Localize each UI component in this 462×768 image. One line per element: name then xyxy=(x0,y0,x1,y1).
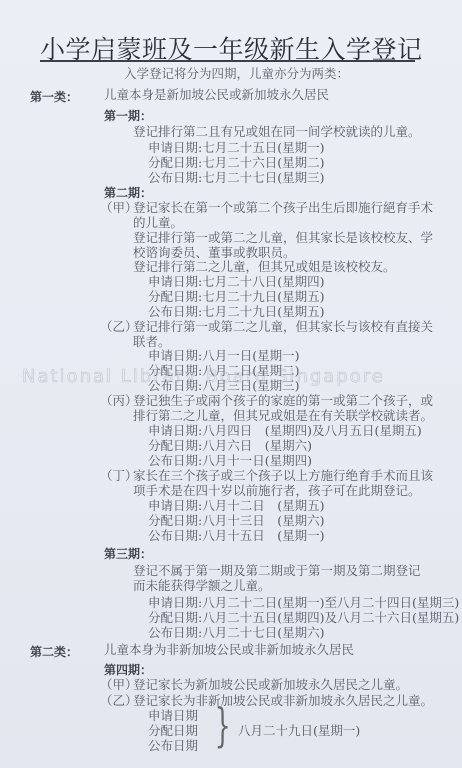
curly-brace-icon: } xyxy=(215,702,231,748)
category2-description: 儿童本身为非新加坡公民或非新加坡永久居民 xyxy=(104,642,354,657)
phase2-bing-allocate-date: 分配日期:八月六日 (星期六) xyxy=(148,438,312,453)
phase1-label: 第一期： xyxy=(104,107,152,124)
phase2-jia-line: 登记排行第一或第二之儿童，但其家长是该校校友、学 xyxy=(133,230,433,245)
phase2-yi-line: 联者。 xyxy=(133,334,171,349)
phase4-apply-label: 申请日期 xyxy=(148,708,198,723)
phase2-bing-line: 登记独生子或兩个孩子的家庭的第一或第二个孩子，或 xyxy=(133,393,433,408)
phase2-label: 第二期： xyxy=(104,184,152,201)
phase2-bing-marker: （丙） xyxy=(100,393,138,408)
phase2-jia-announce-date: 公布日期:七月二十九日(星期五) xyxy=(148,304,324,319)
phase2-bing-apply-date: 申请日期:八月四日 (星期四)及八月五日(星期五) xyxy=(148,423,422,438)
phase4-allocate-label: 分配日期 xyxy=(148,723,198,738)
phase2-ding-line: 家长在三个孩子或三个孩子以上方施行绝育手术而且该 xyxy=(133,468,433,483)
phase2-yi-announce-date: 公布日期:八月三日(星期三) xyxy=(148,378,299,393)
phase2-jia-line: 登记排行第二之儿童，但其兄或姐是该校校友。 xyxy=(133,259,396,274)
phase2-ding-announce-date: 公布日期:八月十五日 (星期一) xyxy=(148,528,324,543)
phase1-allocate-date: 分配日期:七月二十六日(星期二) xyxy=(148,155,324,170)
phase2-jia-marker: （甲） xyxy=(100,200,138,215)
title-underline xyxy=(40,60,415,62)
phase4-yi-text: 登记家长为非新加坡公民或非新加坡永久居民之儿童。 xyxy=(133,693,433,708)
phase2-ding-line: 项手术是在四十岁以前施行者，孩子可在此期登记。 xyxy=(133,483,421,498)
phase2-yi-marker: （乙） xyxy=(100,319,138,334)
phase2-jia-apply-date: 申请日期:七月二十八日(星期四) xyxy=(148,274,324,289)
phase2-jia-line: 校谘询委员、董事或教职员。 xyxy=(133,245,296,260)
phase1-announce-date: 公布日期:七月二十七日(星期三) xyxy=(148,170,324,185)
category1-label: 第一类： xyxy=(30,88,78,105)
category2-label: 第二类： xyxy=(30,643,78,660)
phase3-label: 第三期： xyxy=(104,545,152,562)
phase2-yi-allocate-date: 分配日期:八月二日(星期二) xyxy=(148,363,299,378)
phase4-jia-text: 登记家长为新加坡公民或新加坡永久居民之儿童。 xyxy=(133,677,408,692)
phase3-announce-date: 公布日期:八月二十七日(星期六) xyxy=(148,625,324,640)
phase3-apply-date: 申请日期:八月二十二日(星期一)至八月二十四日(星期三) xyxy=(148,595,459,610)
phase4-jia-marker: （甲） xyxy=(100,677,138,692)
intro-text: 入学登记将分为四期，儿童亦分为两类： xyxy=(124,66,349,81)
phase3-allocate-date: 分配日期:八月二十五日(星期四)及八月二十六日(星期五) xyxy=(148,610,459,625)
phase3-line: 登记不属于第一期及第二期或于第一期及第二期登记 xyxy=(133,563,421,578)
phase4-shared-date: 八月二十九日(星期一) xyxy=(238,723,360,738)
phase4-label: 第四期： xyxy=(104,661,152,678)
phase2-ding-apply-date: 申请日期:八月十二日 (星期五) xyxy=(148,498,324,513)
phase4-announce-label: 公布日期 xyxy=(148,738,198,753)
phase2-yi-line: 登记排行第一或第二之儿童，但其家长与该校有直接关 xyxy=(133,319,433,334)
phase2-ding-allocate-date: 分配日期:八月十三日 (星期六) xyxy=(148,513,324,528)
phase2-jia-line: 登记家长在第一个或第二个孩子出生后即施行絕育手术 xyxy=(133,200,433,215)
phase2-bing-announce-date: 公布日期:八月十一日(星期四) xyxy=(148,453,312,468)
phase3-line: 而未能获得学额之儿童。 xyxy=(133,578,271,593)
phase1-text: 登记排行第二且有兄或姐在同一间学校就读的儿童。 xyxy=(133,124,421,139)
phase2-yi-apply-date: 申请日期:八月一日(星期一) xyxy=(148,348,299,363)
phase2-jia-allocate-date: 分配日期:七月二十九日(星期五) xyxy=(148,289,324,304)
category1-description: 儿童本身是新加坡公民或新加坡永久居民 xyxy=(104,87,329,102)
phase2-ding-marker: （丁） xyxy=(100,468,138,483)
document-page: 小学启蒙班及一年级新生入学登记 入学登记将分为四期，儿童亦分为两类： 第一类： … xyxy=(0,0,462,768)
phase2-bing-line: 排行第二之儿童，但其兄或姐是在有关联学校就读者。 xyxy=(133,408,433,423)
phase2-jia-line: 的儿童。 xyxy=(133,215,183,230)
phase4-yi-marker: （乙） xyxy=(100,693,138,708)
phase1-apply-date: 申请日期:七月二十五日(星期一) xyxy=(148,140,324,155)
